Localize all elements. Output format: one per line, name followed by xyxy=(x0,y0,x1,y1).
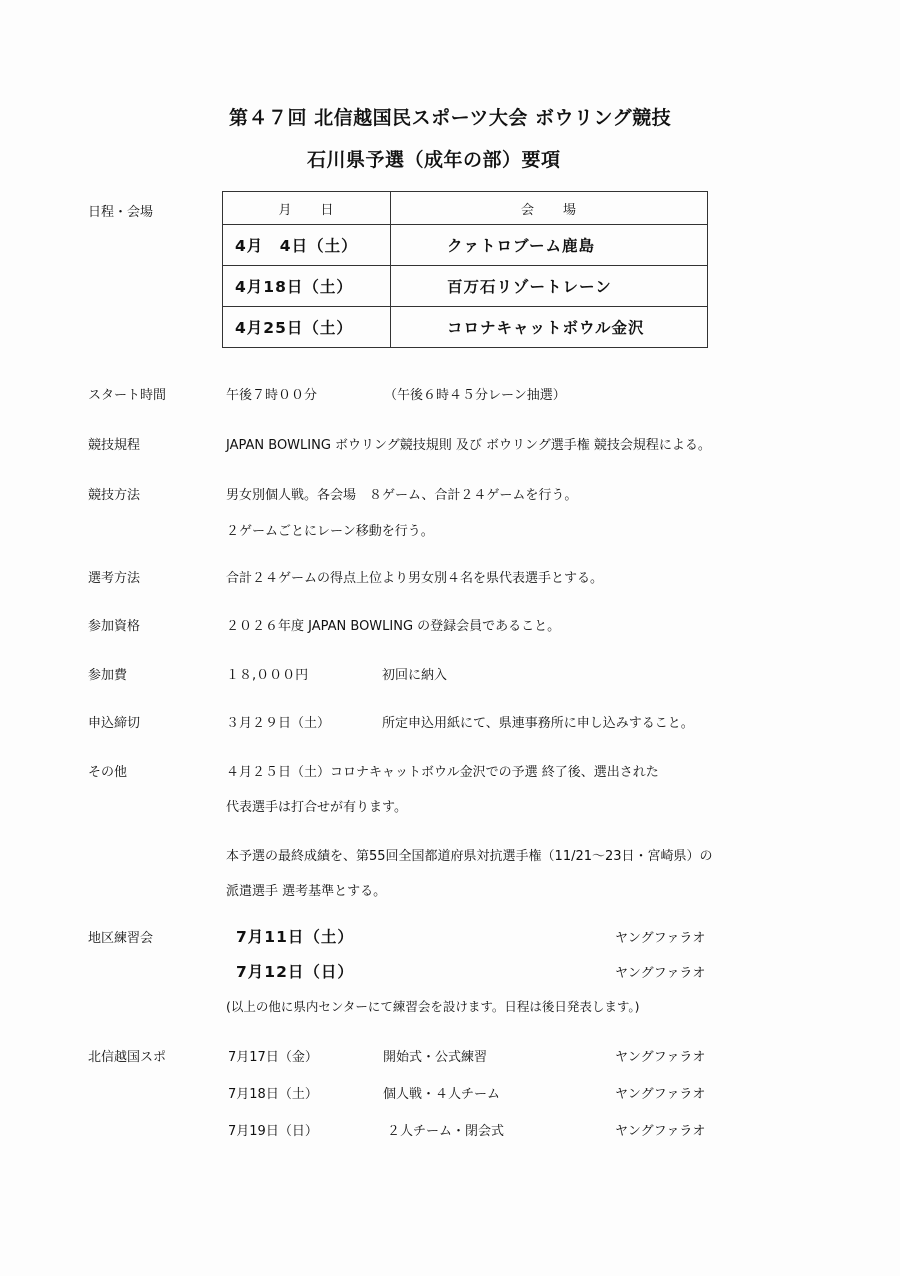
tournament-event: 開始式・公式練習 xyxy=(383,1046,487,1065)
schedule-header-row: 月 日 会 場 xyxy=(223,192,708,225)
tournament-event: ２人チーム・閉会式 xyxy=(387,1120,504,1139)
rules-value: JAPAN BOWLING ボウリング競技規則 及び ボウリング選手権 競技会規… xyxy=(226,434,711,453)
fee-note: 初回に納入 xyxy=(382,664,447,683)
practice-venue: ヤングファラオ xyxy=(615,962,705,981)
tournament-label: 北信越国スポ xyxy=(88,1046,166,1065)
tournament-venue: ヤングファラオ xyxy=(615,1120,705,1139)
header-date: 月 日 xyxy=(223,192,391,225)
tournament-event: 個人戦・４人チーム xyxy=(383,1083,500,1102)
schedule-row: 4月 4日（土） クァトロブーム鹿島 xyxy=(223,225,708,266)
tournament-date: 7月17日（金） xyxy=(228,1046,318,1065)
selection-value: 合計２４ゲームの得点上位より男女別４名を県代表選手とする。 xyxy=(226,567,603,586)
start-time-label: スタート時間 xyxy=(88,384,166,403)
document-subtitle: 石川県予選（成年の部）要項 xyxy=(307,145,561,172)
schedule-venue: コロナキャットボウル金沢 xyxy=(391,307,708,348)
schedule-date: 4月25日（土） xyxy=(223,307,391,348)
practice-note: (以上の他に県内センターにて練習会を設けます。日程は後日発表します。) xyxy=(226,997,640,1015)
schedule-date: 4月18日（土） xyxy=(223,266,391,307)
other-line3: 本予選の最終成績を、第55回全国都道府県対抗選手権（11/21～23日・宮崎県）… xyxy=(226,845,713,864)
deadline-note: 所定申込用紙にて、県連事務所に申し込みすること。 xyxy=(382,712,694,731)
header-venue: 会 場 xyxy=(391,192,708,225)
tournament-date: 7月19日（日） xyxy=(228,1120,318,1139)
schedule-venue: クァトロブーム鹿島 xyxy=(391,225,708,266)
schedule-date: 4月 4日（土） xyxy=(223,225,391,266)
schedule-table: 月 日 会 場 4月 4日（土） クァトロブーム鹿島 4月18日（土） 百万石リ… xyxy=(222,191,708,348)
deadline-value: ３月２９日（土） xyxy=(226,712,330,731)
practice-date: 7月11日（土） xyxy=(236,925,354,947)
tournament-venue: ヤングファラオ xyxy=(615,1083,705,1102)
rules-label: 競技規程 xyxy=(88,434,140,453)
eligibility-value: ２０２６年度 JAPAN BOWLING の登録会員であること。 xyxy=(226,615,560,634)
other-line2: 代表選手は打合せが有ります。 xyxy=(226,796,407,815)
schedule-venue: 百万石リゾートレーン xyxy=(391,266,708,307)
schedule-row: 4月25日（土） コロナキャットボウル金沢 xyxy=(223,307,708,348)
other-line1: ４月２５日（土）コロナキャットボウル金沢での予選 終了後、選出された xyxy=(226,761,659,780)
method-line2: ２ゲームごとにレーン移動を行う。 xyxy=(226,520,434,539)
practice-label: 地区練習会 xyxy=(88,927,153,946)
eligibility-label: 参加資格 xyxy=(88,615,140,634)
tournament-venue: ヤングファラオ xyxy=(615,1046,705,1065)
schedule-label: 日程・会場 xyxy=(88,201,153,220)
deadline-label: 申込締切 xyxy=(88,712,140,731)
method-label: 競技方法 xyxy=(88,484,140,503)
practice-date: 7月12日（日） xyxy=(236,960,354,982)
other-label: その他 xyxy=(88,761,127,780)
fee-label: 参加費 xyxy=(88,664,127,683)
start-time-value: 午後７時００分 xyxy=(226,384,317,403)
other-line4: 派遣選手 選考基準とする。 xyxy=(226,880,386,899)
method-line1: 男女別個人戦。各会場 ８ゲーム、合計２４ゲームを行う。 xyxy=(226,484,577,503)
tournament-date: 7月18日（土） xyxy=(228,1083,318,1102)
selection-label: 選考方法 xyxy=(88,567,140,586)
start-time-note: （午後６時４５分レーン抽選） xyxy=(384,384,566,403)
schedule-row: 4月18日（土） 百万石リゾートレーン xyxy=(223,266,708,307)
practice-venue: ヤングファラオ xyxy=(615,927,705,946)
fee-value: １８,０００円 xyxy=(226,664,308,683)
document-title: 第４７回 北信越国民スポーツ大会 ボウリング競技 xyxy=(229,103,671,130)
